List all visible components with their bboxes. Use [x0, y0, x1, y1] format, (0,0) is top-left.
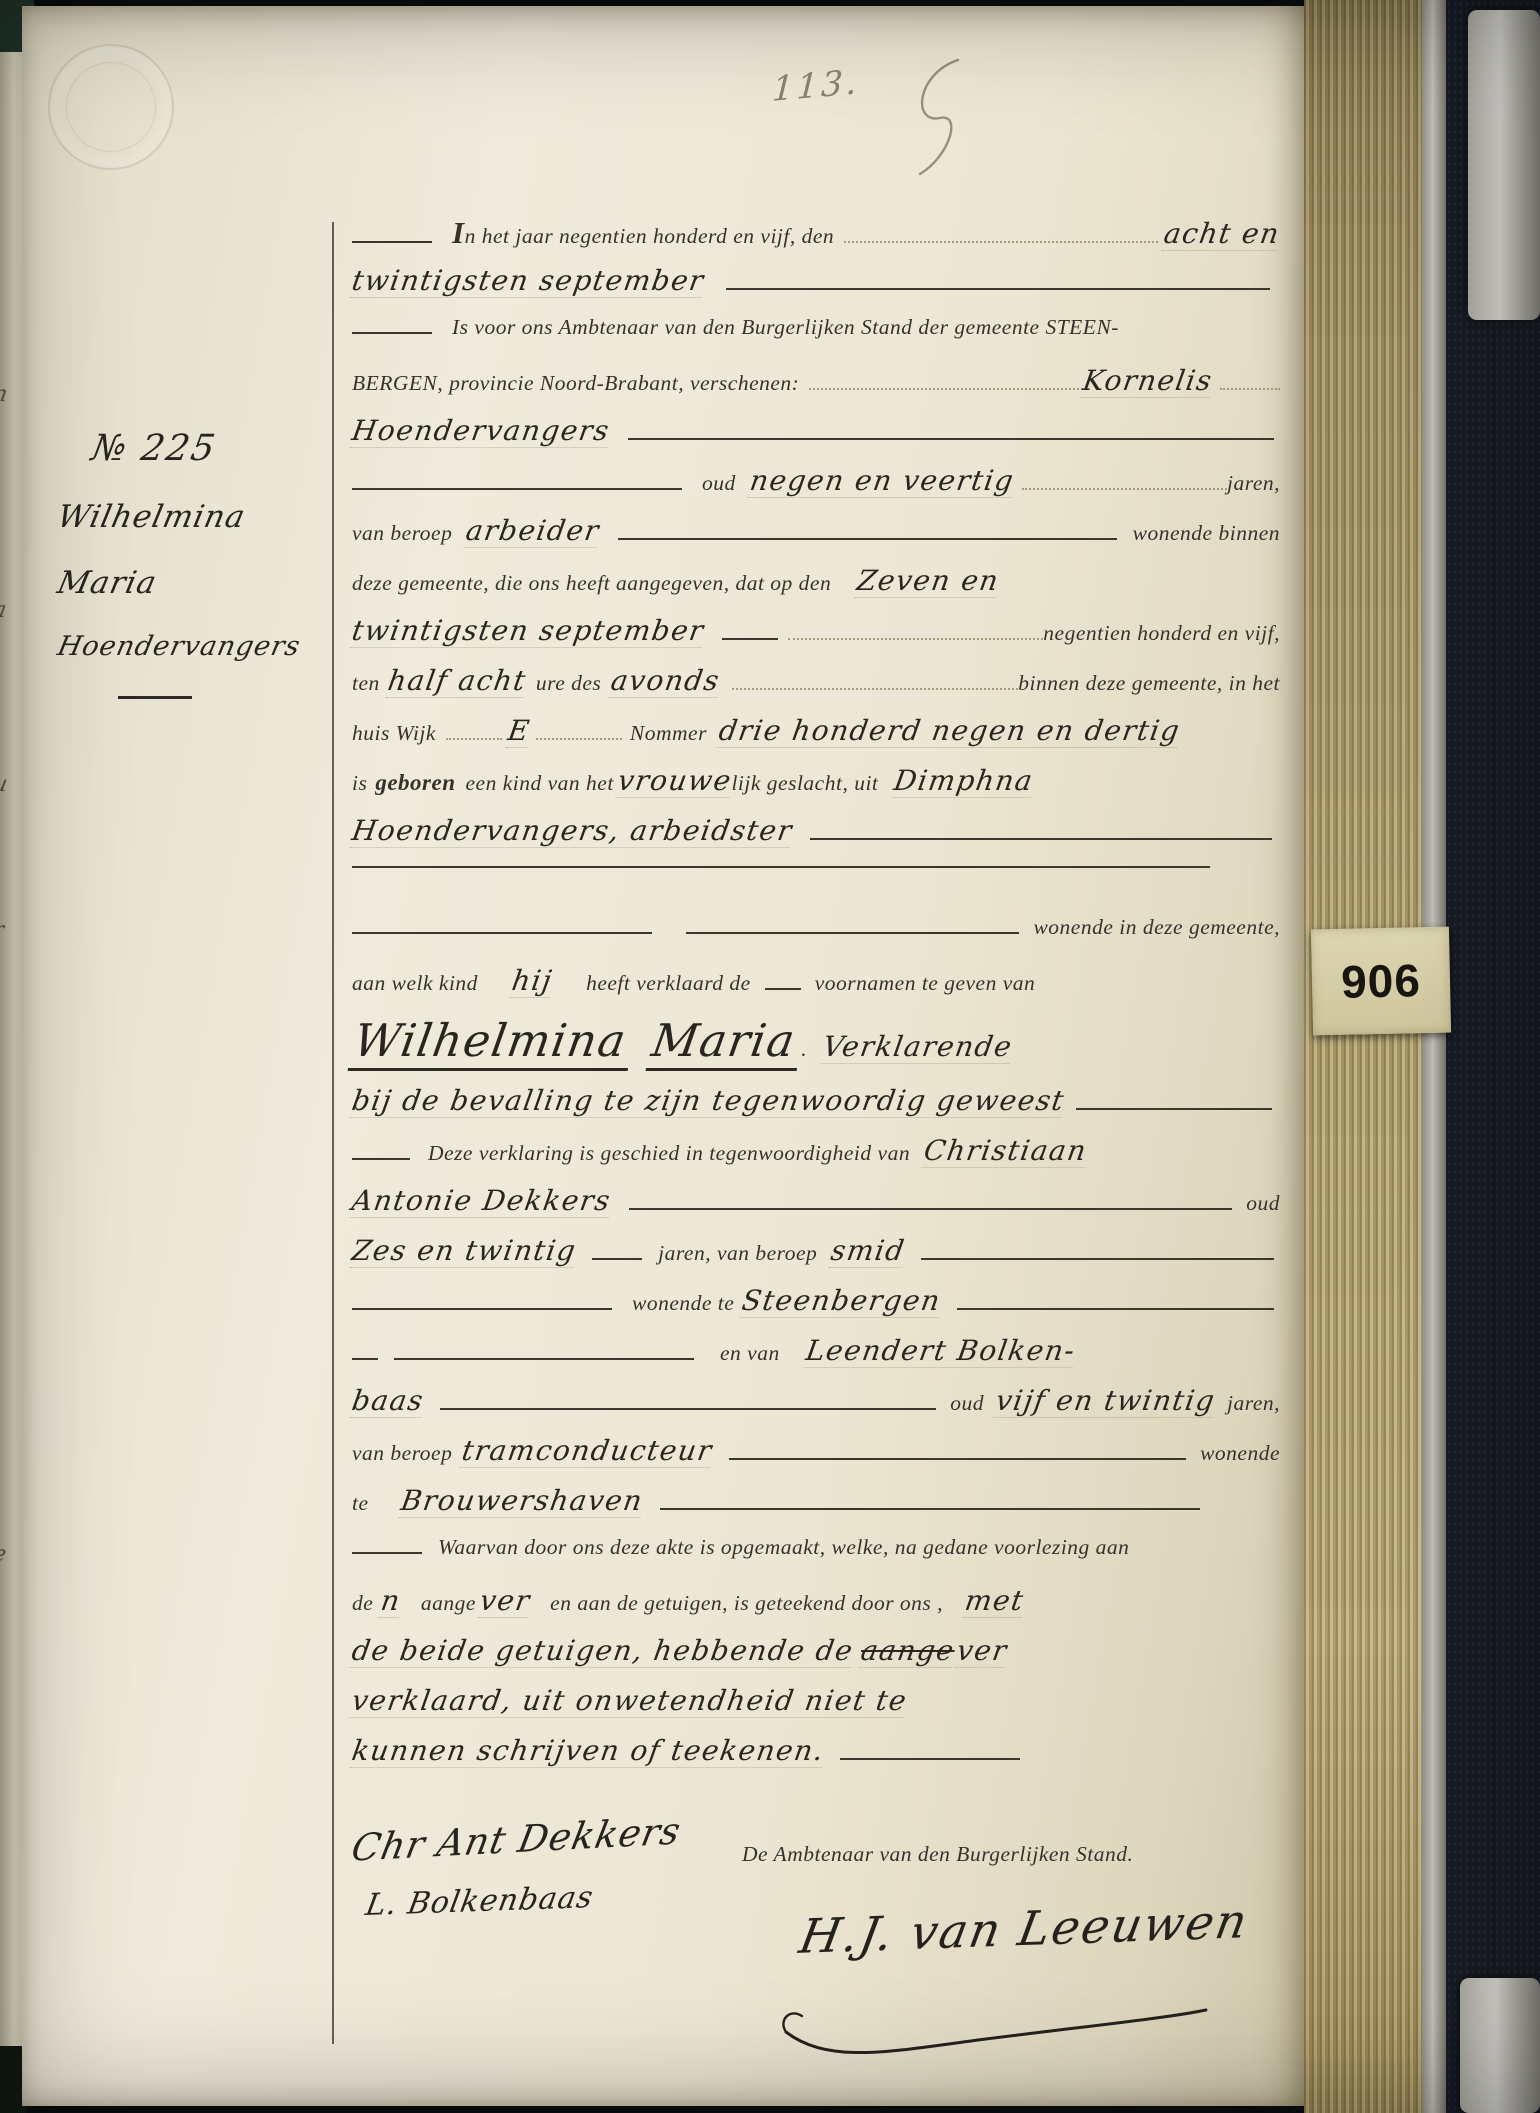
edge-text-fragment: u [0, 772, 9, 797]
handwritten-text: Hoendervangers [349, 416, 612, 448]
dotted-rule [446, 738, 502, 740]
printed-text: ten [352, 672, 380, 696]
book-clamp-rail [1422, 0, 1446, 2113]
act-line: van beroeparbeiderwonende binnen [352, 516, 1280, 566]
act-line: tenhalf achture desavondsbinnen deze gem… [352, 666, 1280, 716]
act-line: deze gemeente, die ons heeft aangegeven,… [352, 566, 1280, 616]
act-line: huis WijkENommerdrie honderd negen en de… [352, 716, 1280, 766]
printed-text: van beroep [352, 1442, 452, 1466]
handwritten-text: hij [509, 966, 554, 998]
act-line: BERGEN, provincie Noord-Brabant, versche… [352, 366, 1280, 416]
book-photo: naure 906 113. № 225 Wilhelmina Maria Ho… [0, 0, 1540, 2113]
ink-rule [352, 1552, 422, 1554]
handwritten-text: Christiaan [922, 1136, 1090, 1168]
act-line: oudnegen en veertigjaren, [352, 466, 1280, 516]
ink-rule [957, 1308, 1274, 1310]
archive-tab-label: 906 [1341, 953, 1422, 1009]
printed-text: en aan de getuigen, is geteekend door on… [550, 1592, 943, 1616]
handwritten-text: Verklarende [821, 1032, 1015, 1064]
printed-text: van beroep [352, 522, 452, 546]
scanner-clamp [1468, 10, 1540, 320]
signature-flourish [768, 1956, 1218, 2076]
handwritten-text: vrouwe [615, 766, 734, 798]
act-line: Antonie Dekkersoud [352, 1186, 1280, 1236]
act-line: aan welk kindhijheeft verklaard devoorna… [352, 966, 1280, 1016]
ink-rule [726, 288, 1270, 290]
printed-text: . [801, 1038, 807, 1062]
ink-rule [840, 1758, 1020, 1760]
printed-text: binnen deze gemeente, in het [1018, 672, 1280, 696]
handwritten-name-large: Maria [646, 1016, 806, 1071]
previous-page-edge: naure [0, 0, 24, 2113]
printed-text: oud [950, 1392, 984, 1416]
ink-rule [765, 988, 801, 990]
printed-text: Deze verklaring is geschied in tegenwoor… [428, 1142, 910, 1166]
printed-text: aange [421, 1592, 476, 1616]
handwritten-text: Kornelis [1080, 366, 1214, 398]
act-line: en vanLeendert Bolken- [352, 1336, 1280, 1386]
printed-text: Nommer [630, 722, 707, 746]
act-line: Hoendervangers, arbeidster [352, 816, 1280, 866]
handwritten-text: met [963, 1586, 1027, 1618]
edge-text-fragment: r [0, 918, 6, 943]
handwritten-text: vijf en twintig [993, 1386, 1217, 1418]
margin-child-surname: Hoendervangers [55, 631, 330, 662]
printed-text: en van [720, 1342, 780, 1366]
act-line: isgeboreneen kind van hetvrouwelijk gesl… [352, 766, 1280, 816]
edge-text-fragment: e [0, 1542, 8, 1567]
act-line [352, 866, 1280, 916]
act-line: Waarvan door ons deze akte is opgemaakt,… [352, 1536, 1280, 1586]
margin-closing-dash [118, 696, 192, 699]
ink-rule [1076, 1108, 1272, 1110]
ink-rule [660, 1508, 1200, 1510]
printed-text: wonende [1200, 1442, 1280, 1466]
act-line: wonende in deze gemeente, [352, 916, 1280, 966]
pencil-page-number: 113. [771, 62, 860, 110]
handwritten-text: negen en veertig [747, 466, 1016, 498]
dotted-rule [809, 388, 1082, 390]
handwritten-text: n [379, 1586, 404, 1618]
margin-rule [332, 222, 334, 2044]
ink-rule [352, 1158, 410, 1160]
printed-bold-text: geboren [375, 770, 455, 795]
printed-text: negentien honderd en vijf, [1043, 622, 1280, 646]
dotted-rule [732, 688, 1018, 690]
ink-rule [729, 1458, 1186, 1460]
ink-rule [618, 538, 1117, 540]
ink-rule [352, 866, 1210, 868]
ink-rule [352, 488, 682, 490]
act-line: Deze verklaring is geschied in tegenwoor… [352, 1136, 1280, 1186]
ink-rule [352, 241, 432, 243]
ink-rule [921, 1258, 1274, 1260]
handwritten-text: E [505, 716, 532, 748]
printed-text: wonende in deze gemeente, [1033, 916, 1280, 940]
handwritten-text: Antonie Dekkers [349, 1186, 613, 1218]
book-page-block-edge [1304, 0, 1422, 2113]
act-line: teBrouwershaven [352, 1486, 1280, 1536]
handwritten-text: acht en [1162, 219, 1283, 251]
printed-text: wonende te [632, 1292, 734, 1316]
printed-text: oud [702, 472, 736, 496]
act-number: № 225 [88, 428, 329, 469]
handwritten-text: bij de bevalling te zijn tegenwoordig ge… [349, 1086, 1067, 1118]
act-line: WilhelminaMaria.Verklarende [352, 1016, 1280, 1086]
act-line: bij de bevalling te zijn tegenwoordig ge… [352, 1086, 1280, 1136]
handwritten-text: avonds [609, 666, 723, 698]
printed-text: deze gemeente, die ons heeft aangegeven,… [352, 572, 831, 596]
registrar-caption: De Ambtenaar van den Burgerlijken Stand. [742, 1842, 1133, 1867]
handwritten-text: verklaard, uit onwetendheid niet te [349, 1686, 909, 1718]
ink-rule [629, 1208, 1233, 1210]
handwritten-text: twintigsten september [349, 616, 706, 648]
act-line: twintigsten septembernegentien honderd e… [352, 616, 1280, 666]
printed-text: een kind van het [466, 772, 614, 796]
ink-rule [686, 932, 1019, 934]
dotted-rule [788, 638, 1043, 640]
dotted-rule [844, 241, 1158, 243]
act-line: kunnen schrijven of teekenen. [352, 1736, 1280, 1786]
ink-rule [394, 1358, 694, 1360]
printed-text: de [352, 1592, 373, 1616]
printed-text: wonende binnen [1133, 522, 1280, 546]
printed-text: Waarvan door ons deze akte is opgemaakt,… [438, 1536, 1129, 1560]
handwritten-text: de beide getuigen, hebbende de [349, 1636, 855, 1668]
printed-initial: I [452, 216, 465, 250]
embossed-seal [48, 44, 174, 170]
handwritten-text: ver [954, 1636, 1009, 1668]
act-line: twintigsten september [352, 266, 1280, 316]
printed-text: jaren, van beroep [658, 1242, 817, 1266]
act-line: verklaard, uit onwetendheid niet te [352, 1686, 1280, 1736]
ink-rule [352, 332, 432, 334]
handwritten-text: smid [829, 1236, 908, 1268]
handwritten-text: Steenbergen [740, 1286, 944, 1318]
act-line: de beide getuigen, hebbende deaangever [352, 1636, 1280, 1686]
handwritten-text: Brouwershaven [398, 1486, 645, 1518]
handwritten-text: Zeven en [855, 566, 1002, 598]
ink-rule [722, 638, 778, 640]
ink-rule [440, 1408, 937, 1410]
handwritten-text: kunnen schrijven of teekenen. [349, 1736, 826, 1768]
ink-rule [352, 1308, 612, 1310]
act-line: Zes en twintigjaren, van beroepsmid [352, 1236, 1280, 1286]
handwritten-text: Leendert Bolken- [803, 1336, 1077, 1368]
printed-text: huis Wijk [352, 722, 436, 746]
printed-text: aan welk kind [352, 972, 478, 996]
handwritten-text: arbeider [464, 516, 602, 548]
ink-rule [352, 1358, 378, 1360]
pencil-flourish-mark [886, 52, 976, 182]
act-line: denaangeveren aan de getuigen, is geteek… [352, 1586, 1280, 1636]
handwritten-name-large: Wilhelmina [348, 1016, 637, 1071]
act-line: van beroeptramconducteurwonende [352, 1436, 1280, 1486]
birth-act-text: In het jaar negentien honderd en vijf, d… [352, 216, 1280, 1786]
ink-rule [352, 932, 652, 934]
scanner-clamp [1460, 1978, 1540, 2113]
act-line: In het jaar negentien honderd en vijf, d… [352, 216, 1280, 266]
handwritten-text: Zes en twintig [349, 1236, 578, 1268]
archive-tab: 906 [1311, 927, 1451, 1036]
handwritten-struck-text: aange [859, 1636, 957, 1668]
dotted-rule [536, 738, 622, 740]
printed-text: voornamen te geven van [815, 972, 1036, 996]
edge-text-fragment: a [0, 598, 8, 623]
printed-text: ure des [536, 672, 601, 696]
handwritten-text: half acht [385, 666, 528, 698]
act-line: baasoudvijf en twintigjaren, [352, 1386, 1280, 1436]
printed-text: BERGEN, provincie Noord-Brabant, versche… [352, 372, 799, 396]
ink-rule [628, 438, 1274, 440]
ink-rule [592, 1258, 642, 1260]
handwritten-text: Hoendervangers, arbeidster [349, 816, 794, 848]
handwritten-text: twintigsten september [349, 266, 706, 298]
printed-text: n het jaar negentien honderd en vijf, de… [465, 225, 835, 249]
dotted-rule [1022, 488, 1227, 490]
margin-child-name: Maria [54, 565, 330, 601]
act-line: Is voor ons Ambtenaar van den Burgerlijk… [352, 316, 1280, 366]
act-line: Hoendervangers [352, 416, 1280, 466]
printed-text: heeft verklaard de [586, 972, 751, 996]
handwritten-text: tramconducteur [460, 1436, 715, 1468]
margin-annotations: № 225 Wilhelmina Maria Hoendervangers [58, 428, 326, 699]
handwritten-text: ver [477, 1586, 532, 1618]
act-line: wonende teSteenbergen [352, 1286, 1280, 1336]
printed-text: jaren, [1227, 1392, 1280, 1416]
handwritten-text: Dimphna [892, 766, 1036, 798]
ink-rule [810, 838, 1272, 840]
margin-child-name: Wilhelmina [54, 499, 330, 535]
handwritten-text: baas [349, 1386, 426, 1418]
printed-text: jaren, [1227, 472, 1280, 496]
edge-text-fragment: n [0, 382, 9, 407]
printed-text: Is voor ons Ambtenaar van den Burgerlijk… [452, 316, 1119, 340]
printed-text: oud [1246, 1192, 1280, 1216]
printed-text: te [352, 1492, 369, 1516]
handwritten-text: drie honderd negen en dertig [716, 716, 1182, 748]
printed-text: is [352, 772, 367, 796]
printed-text: lijk geslacht, uit [731, 772, 878, 796]
dotted-rule [1220, 388, 1280, 390]
